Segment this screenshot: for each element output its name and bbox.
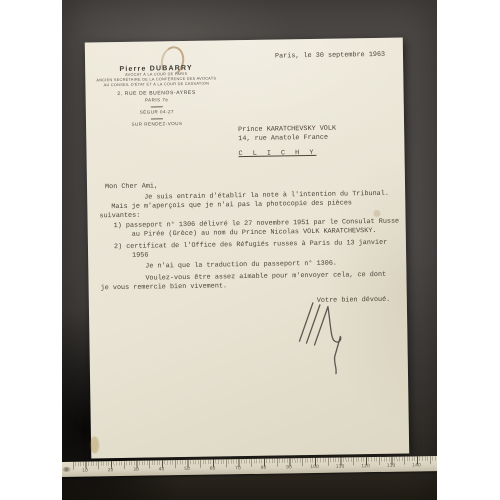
body-line: Je n'ai que la traduction du passeport n… [145, 260, 337, 271]
ruler-number: 90 [281, 465, 297, 470]
body-line: je vous remercie bien vivement. [101, 282, 228, 292]
letterhead-divider-1 [151, 106, 163, 107]
body-line: suivantes: [99, 212, 140, 221]
recipient-street: 14, rue Anatole France [238, 134, 328, 143]
ruler-brand-mark [62, 467, 71, 472]
ruler-number: 100 [306, 464, 322, 469]
ruler-number: 10 [77, 468, 93, 473]
ruler-number: 70 [230, 466, 246, 471]
letterhead: Pierre DUBARRY AVOCAT À LA COUR DE PARIS… [91, 64, 222, 128]
letterhead-note: SUR RENDEZ-VOUS [92, 120, 222, 128]
ruler-number: 20 [103, 468, 119, 473]
ruler-number: 130 [383, 463, 399, 468]
salutation: Mon Cher Ami, [105, 182, 158, 191]
recipient-name: Prince KARATCHEVSKY VOLK [238, 125, 336, 135]
ruler-number: 30 [128, 467, 144, 472]
body-line: 1956 [132, 252, 148, 260]
ruler-number: 60 [204, 466, 220, 471]
body-line: 2) certificat de l'Office des Réfugiés r… [114, 239, 387, 251]
ruler-number: 50 [179, 466, 195, 471]
letterhead-city: PARIS 7e [92, 96, 222, 104]
ruler-number: 110 [332, 464, 348, 469]
letterhead-title-3: AU CONSEIL D'ÉTAT ET À LA COUR DE CASSAT… [91, 81, 221, 88]
signature [289, 294, 360, 375]
letterhead-phone: SÉGUR 04-27 [92, 108, 222, 116]
wooden-surface [62, 469, 437, 500]
letter-paper: Pierre DUBARRY AVOCAT À LA COUR DE PARIS… [85, 38, 409, 459]
ruler-number: 40 [153, 467, 169, 472]
stain-blob [90, 436, 99, 453]
letter-photograph: Pierre DUBARRY AVOCAT À LA COUR DE PARIS… [62, 0, 437, 500]
ruler-number: 140 [408, 463, 424, 468]
ruler-number: 80 [255, 465, 271, 470]
recipient-city: C L I C H Y [238, 149, 316, 158]
letterhead-divider-2 [151, 118, 163, 119]
body-line: Voulez-vous être assez aimable pour m'en… [145, 271, 386, 283]
ruler-number: 120 [357, 464, 373, 469]
stain-dot [373, 210, 380, 217]
date-line: Paris, le 30 septembre 1963 [275, 51, 385, 61]
